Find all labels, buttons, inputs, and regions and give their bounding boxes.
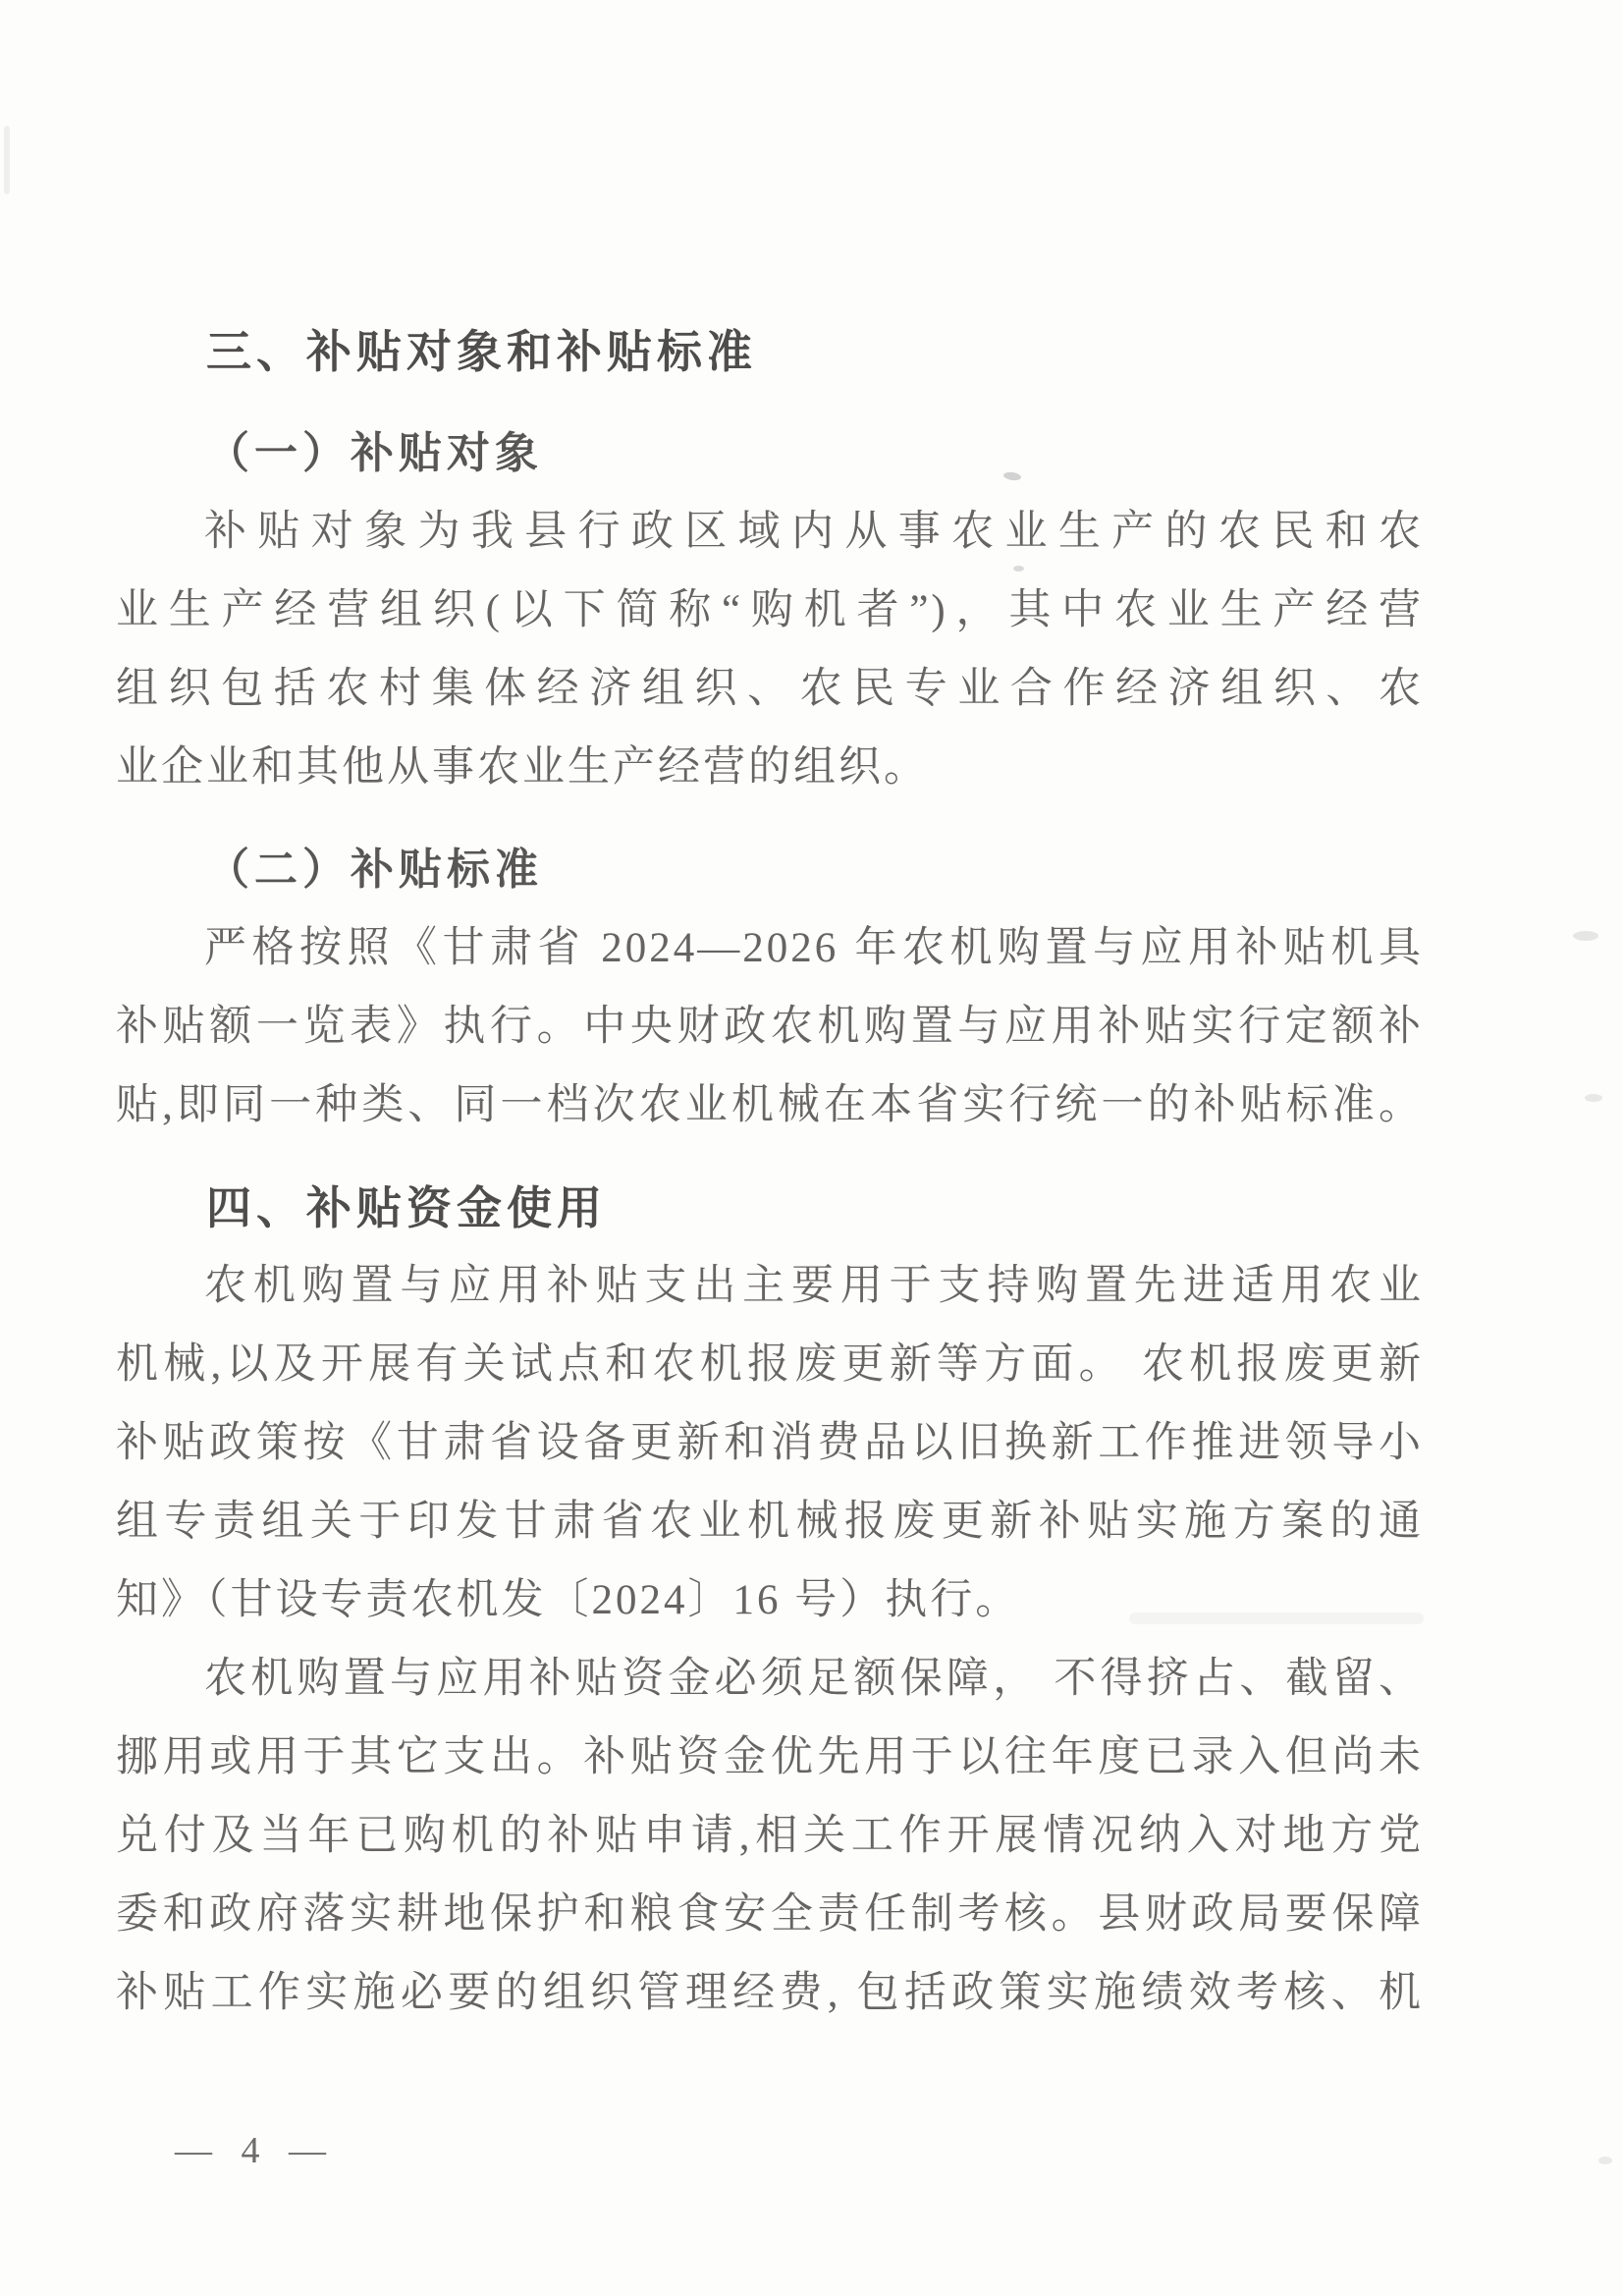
paragraph1-line2: 业生产经营组织(以下简称“购机者”)，其中农业生产经营 [116, 572, 1424, 650]
paragraph3-line1: 农机购置与应用补贴支出主要用于支持购置先进适用农业 [116, 1247, 1424, 1326]
paragraph2-line1: 严格按照《甘肃省 2024—2026 年农机购置与应用补贴机具 [116, 909, 1424, 988]
paragraph3-line4: 组专责组关于印发甘肃省农业机械报废更新补贴实施方案的通 [116, 1483, 1424, 1561]
page-number: — 4 — [175, 2129, 336, 2172]
section-heading-four: 四、补贴资金使用 [116, 1169, 1424, 1247]
paragraph2-line2: 补贴额一览表》执行。中央财政农机购置与应用补贴实行定额补 [116, 988, 1424, 1066]
paragraph1-line1: 补贴对象为我县行政区域内从事农业生产的农民和农 [116, 493, 1424, 572]
section-heading-three: 三、补贴对象和补贴标准 [116, 312, 1424, 391]
paragraph2-line3: 贴,即同一种类、同一档次农业机械在本省实行统一的补贴标准。 [116, 1066, 1424, 1145]
document-content: 三、补贴对象和补贴标准 （一）补贴对象 补贴对象为我县行政区域内从事农业生产的农… [116, 312, 1424, 2033]
scan-artifact [1598, 2157, 1612, 2164]
paragraph4-line3: 兑付及当年已购机的补贴申请,相关工作开展情况纳入对地方党 [116, 1797, 1424, 1876]
paragraph1-line4: 业企业和其他从事农业生产经营的组织。 [116, 729, 1424, 807]
paragraph4-line1: 农机购置与应用补贴资金必须足额保障， 不得挤占、截留、 [116, 1640, 1424, 1719]
paragraph3-line2: 机械,以及开展有关试点和农机报废更新等方面。 农机报废更新 [116, 1326, 1424, 1404]
paragraph4-line2: 挪用或用于其它支出。补贴资金优先用于以往年度已录入但尚未 [116, 1719, 1424, 1797]
paragraph3-line5: 知》（甘设专责农机发〔2024〕16 号）执行。 [116, 1561, 1424, 1640]
paragraph4-line5: 补贴工作实施必要的组织管理经费, 包括政策实施绩效考核、机 [116, 1954, 1424, 2033]
subheading-subsidy-standard: （二）补贴标准 [116, 831, 1424, 909]
paragraph1-line3: 组织包括农村集体经济组织、农民专业合作经济组织、农 [116, 650, 1424, 729]
document-page: 三、补贴对象和补贴标准 （一）补贴对象 补贴对象为我县行政区域内从事农业生产的农… [0, 0, 1623, 2296]
paragraph3-line3: 补贴政策按《甘肃省设备更新和消费品以旧换新工作推进领导小 [116, 1404, 1424, 1483]
scan-artifact [1573, 931, 1598, 941]
paragraph4-line4: 委和政府落实耕地保护和粮食安全责任制考核。县财政局要保障 [116, 1876, 1424, 1954]
scan-artifact [1585, 1094, 1602, 1102]
scan-artifact [4, 126, 10, 194]
subheading-subsidy-targets: （一）补贴对象 [116, 414, 1424, 493]
